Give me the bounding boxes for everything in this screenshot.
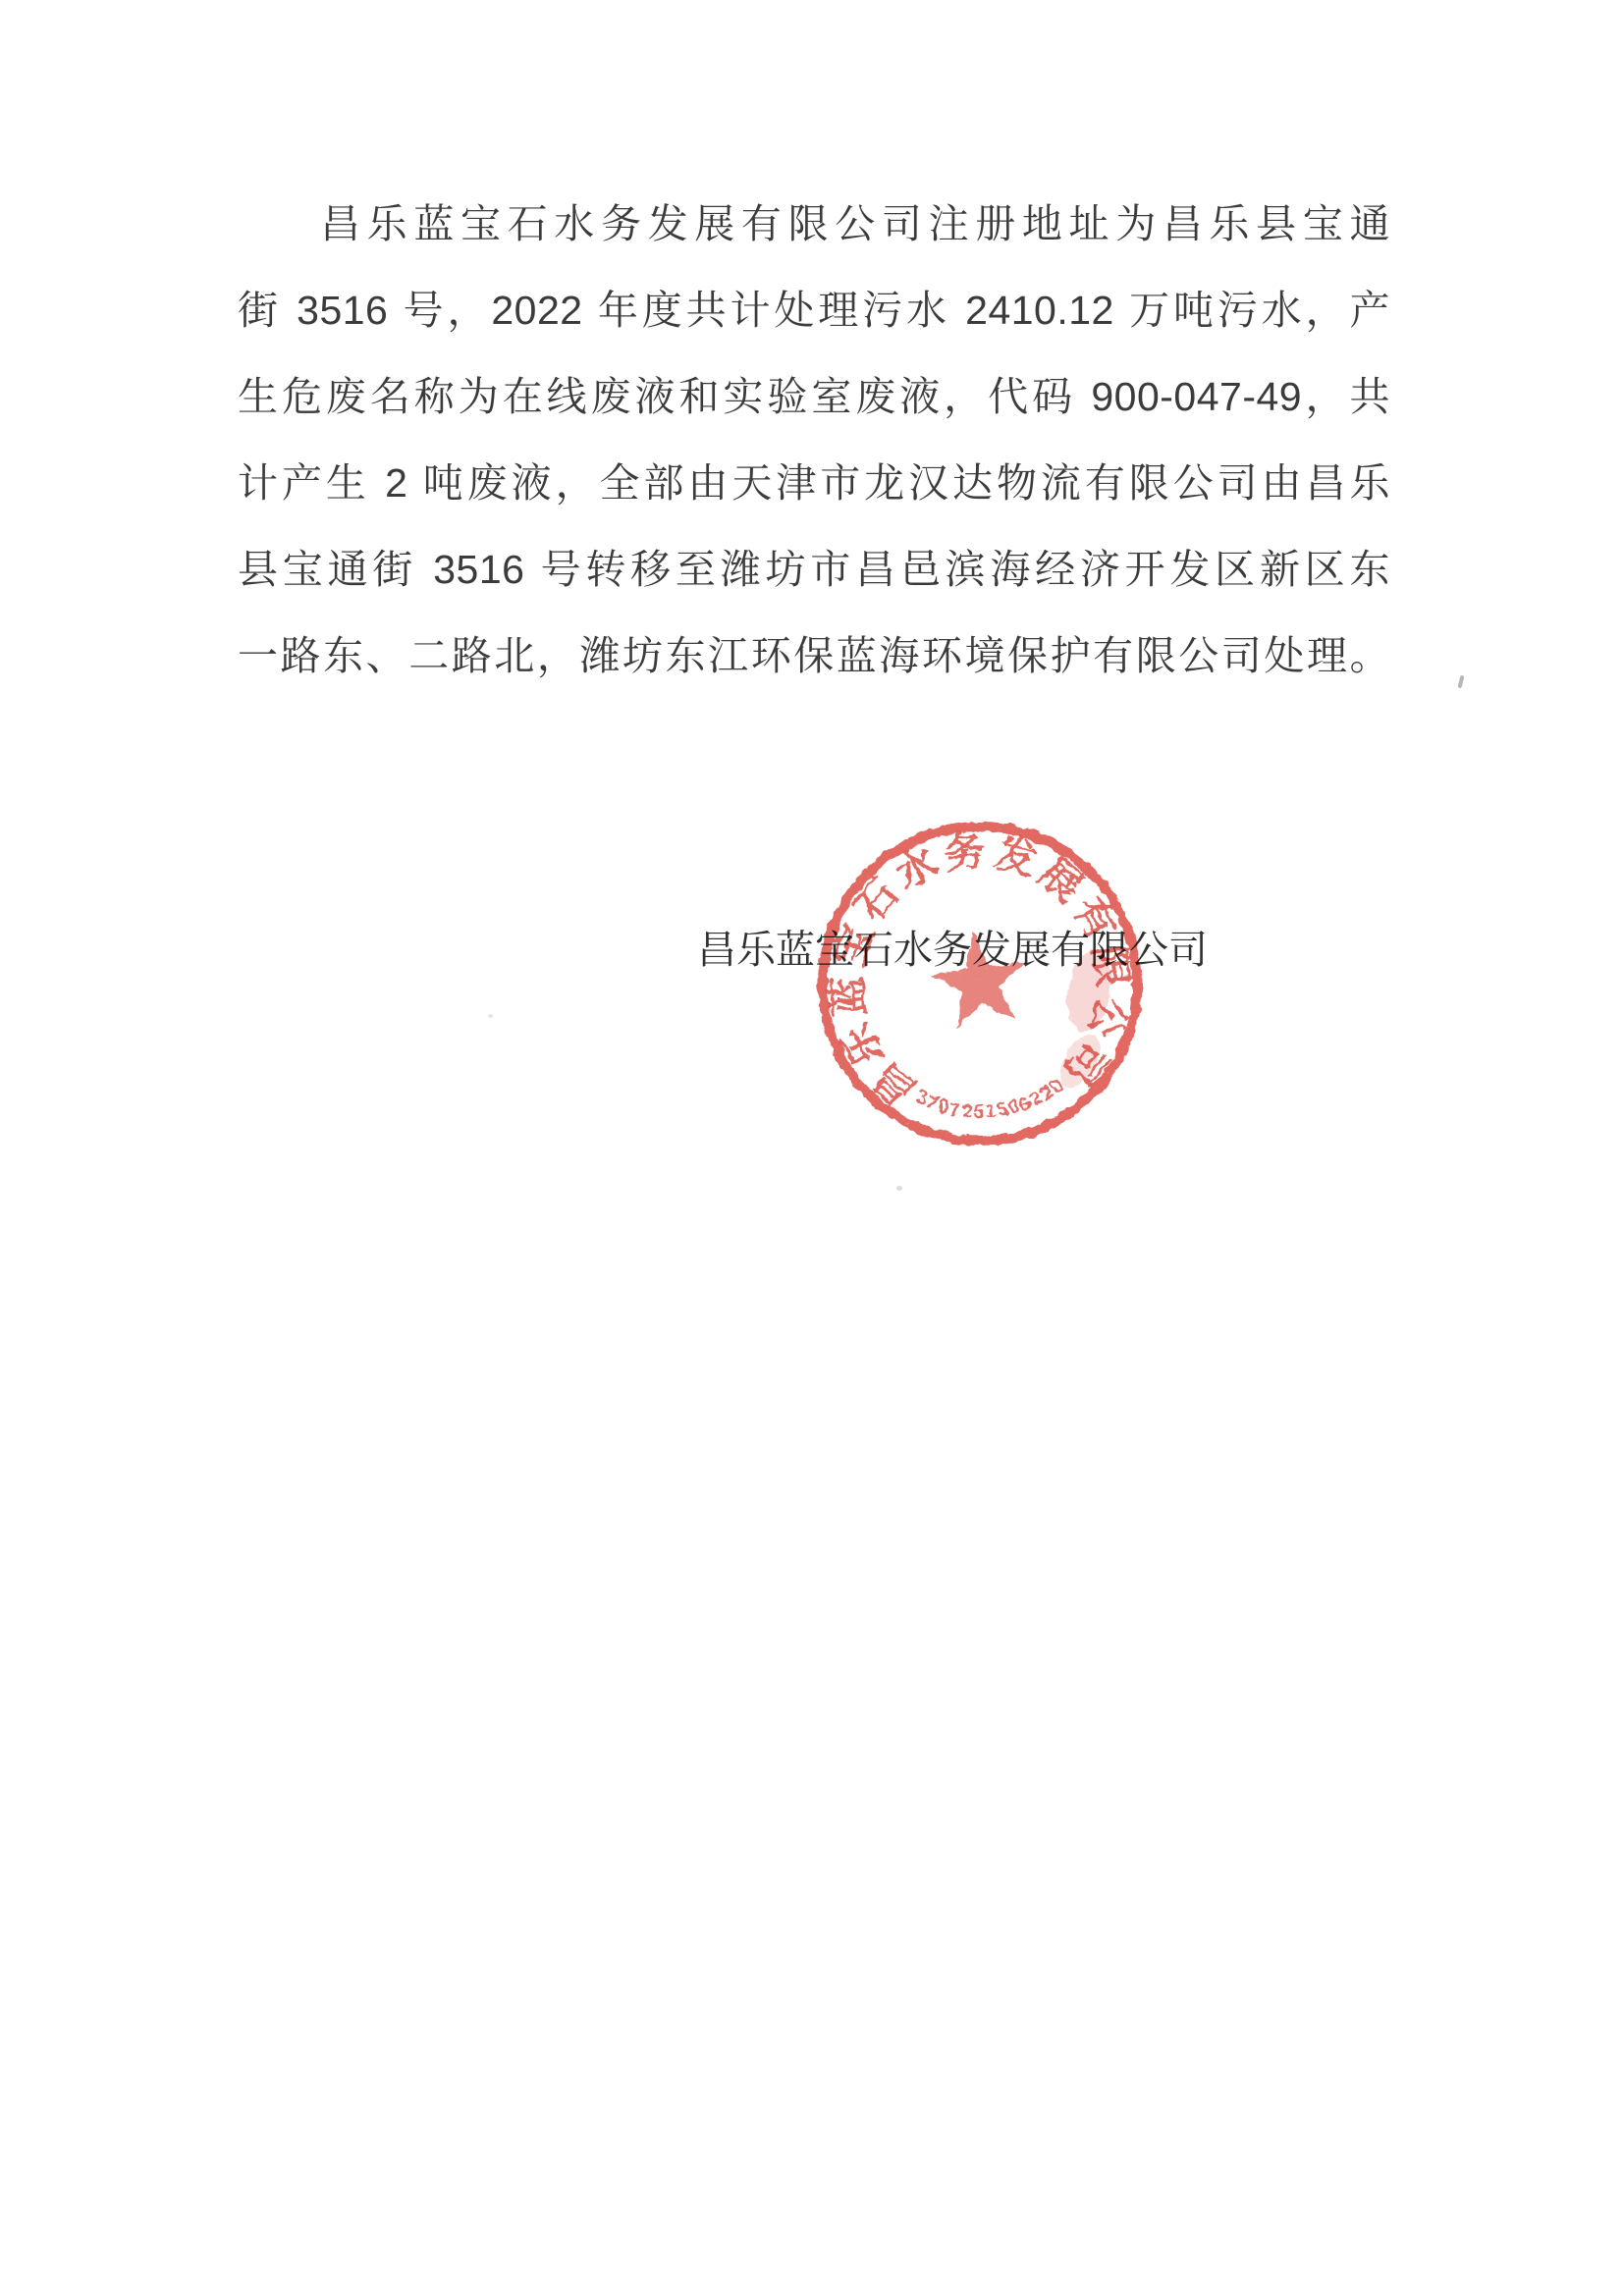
body-line: 生危废名称为在线废液和实验室废液，代码 900-047-49，共: [238, 353, 1390, 440]
document-page: 昌乐蓝宝石水务发展有限公司注册地址为昌乐县宝通 街 3516 号，2022 年度…: [0, 0, 1623, 2296]
body-line: 昌乐蓝宝石水务发展有限公司注册地址为昌乐县宝通: [238, 181, 1390, 267]
body-line: 街 3516 号，2022 年度共计处理污水 2410.12 万吨污水，产: [238, 267, 1390, 353]
body-line: 计产生 2 吨废液，全部由天津市龙汉达物流有限公司由昌乐: [238, 440, 1390, 526]
body-line: 一路东、二路北，潍坊东江环保蓝海环境保护有限公司处理。: [238, 613, 1390, 699]
signature-company-name: 昌乐蓝宝石水务发展有限公司: [697, 929, 1208, 972]
seal-ink-smudge: [1052, 1028, 1109, 1095]
scan-artifact-speck: [1457, 675, 1464, 689]
scan-artifact-speck: [896, 1186, 902, 1191]
body-paragraph: 昌乐蓝宝石水务发展有限公司注册地址为昌乐县宝通 街 3516 号，2022 年度…: [238, 181, 1390, 699]
scan-artifact-speck: [488, 1014, 493, 1018]
seal-ring: [811, 811, 1149, 1156]
seal-serial-number: 3707251506220: [909, 1066, 1071, 1134]
body-line: 县宝通街 3516 号转移至潍坊市昌邑滨海经济开发区新区东: [238, 526, 1390, 613]
company-seal-stamp-icon: 昌乐蓝宝石水务发展有限公司 3707251506220: [811, 811, 1149, 1156]
